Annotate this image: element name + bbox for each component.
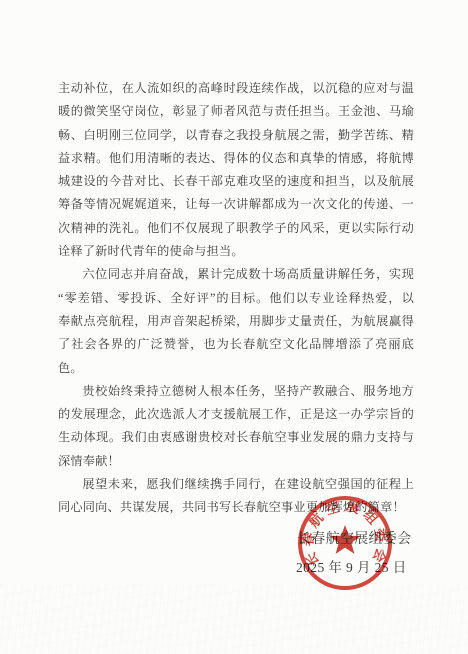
text-line: 次精神的洗礼。他们不仅展现了职教学子的风采，更以实际行动: [58, 217, 414, 240]
scan-noise: [0, 584, 468, 654]
date-line: 2025 年 9 月 25 日: [296, 559, 407, 577]
text-line: 深情奉献！: [58, 450, 414, 473]
text-line: 生动体现。我们由衷感谢贵校对长春航空事业发展的鼎力支持与: [58, 426, 414, 449]
signature-line: 长春航空展组委会: [297, 531, 411, 549]
text-line: 筹备等情况娓娓道来，让每一次讲解都成为一次文化的传递、一: [58, 193, 414, 216]
letter-body: 主动补位，在人流如织的高峰时段连续作战，以沉稳的应对与温 暖的微笑坚守岗位，彰显…: [58, 77, 414, 520]
text-line: “零差错、零投诉、全好评”的目标。他们以专业诠释热爱，以: [58, 287, 414, 310]
letter-page: 主动补位，在人流如织的高峰时段连续作战，以沉稳的应对与温 暖的微笑坚守岗位，彰显…: [0, 0, 468, 654]
text-line: 诠释了新时代青年的使命与担当。: [58, 240, 414, 263]
text-line: 主动补位，在人流如织的高峰时段连续作战，以沉稳的应对与温: [58, 77, 414, 100]
text-line: 益求精。他们用清晰的表达、得体的仪态和真挚的情感，将航博: [58, 147, 414, 170]
text-line: 六位同志并肩奋战，累计完成数十场高质量讲解任务，实现: [58, 263, 414, 286]
text-line: 同心同向、共谋发展，共同书写长春航空事业更加辉煌的篇章！: [58, 496, 414, 519]
text-line: 奉献点亮航程，用声音架起桥梁，用脚步丈量责任，为航展赢得: [58, 310, 414, 333]
text-line: 了社会各界的广泛赞誉，也为长春航空文化品牌增添了亮丽底色。: [58, 333, 414, 380]
text-line: 贵校始终秉持立德树人根本任务，坚持产教融合、服务地方: [58, 380, 414, 403]
text-line: 的发展理念，此次选派人才支援航展工作，正是这一办学宗旨的: [58, 403, 414, 426]
text-line: 暖的微笑坚守岗位，彰显了师者风范与责任担当。王金池、马瑜: [58, 100, 414, 123]
text-line: 畅、白明刚三位同学，以青春之我投身航展之需，勤学苦练、精: [58, 124, 414, 147]
text-line: 展望未来，愿我们继续携手同行，在建设航空强国的征程上: [58, 473, 414, 496]
text-line: 城建设的今昔对比、长春干部克难攻坚的速度和担当，以及航展: [58, 170, 414, 193]
